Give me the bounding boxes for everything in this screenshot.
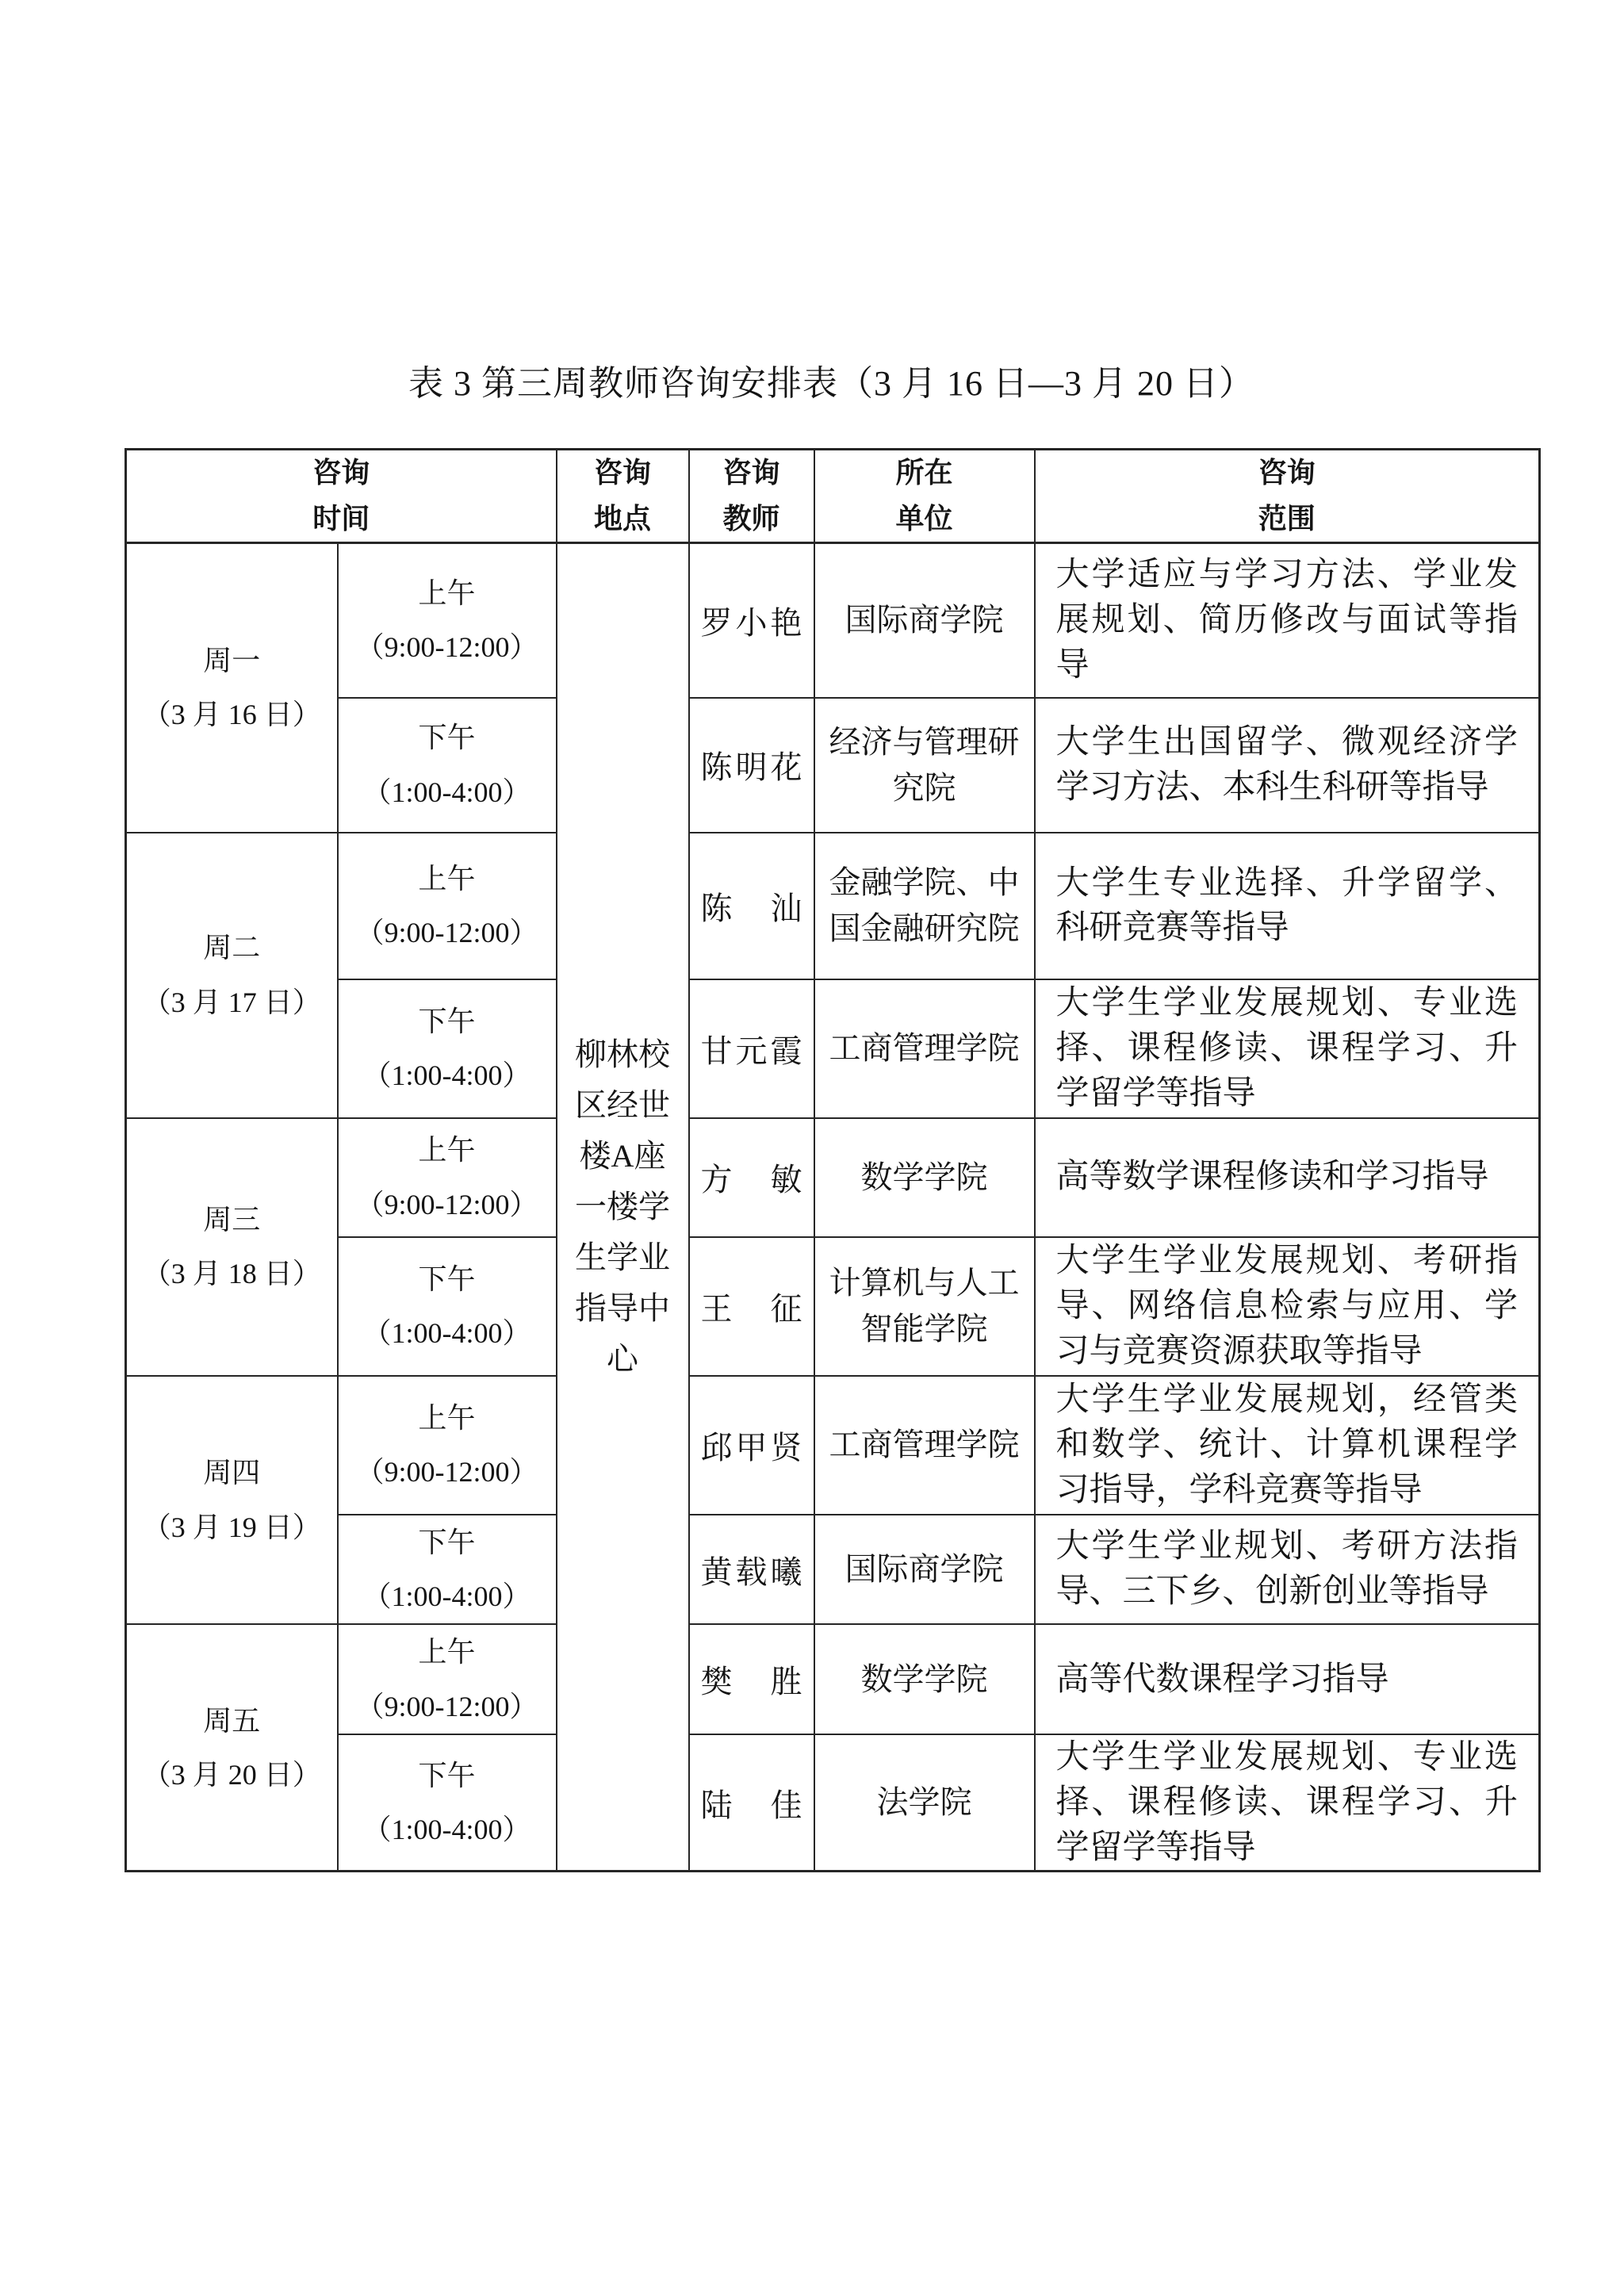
session-cell: 下午 （1:00-4:00）	[338, 1734, 557, 1872]
session-cell: 上午 （9:00-12:00）	[338, 543, 557, 698]
session-cell: 上午 （9:00-12:00）	[338, 833, 557, 979]
location-cell: 柳林校区经世楼A座一楼学生学业指导中心	[557, 543, 689, 1872]
unit-cell: 国际商学院	[814, 1515, 1035, 1625]
column-header-location: 咨询 地点	[557, 450, 689, 543]
unit-cell: 法学院	[814, 1734, 1035, 1872]
teacher-cell: 甘元霞	[689, 979, 814, 1118]
table-row: 周二 （3 月 17 日） 上午 （9:00-12:00） 陈 汕 金融学院、中…	[126, 833, 1540, 979]
table-row: 下午 （1:00-4:00） 黄载曦 国际商学院 大学生学业规划、考研方法指导、…	[126, 1515, 1540, 1625]
teacher-cell: 罗小艳	[689, 543, 814, 698]
unit-cell: 经济与管理研究院	[814, 698, 1035, 833]
scope-cell: 大学生学业发展规划、专业选择、课程修读、课程学习、升学留学等指导	[1035, 1734, 1540, 1872]
teacher-cell: 邱甲贤	[689, 1376, 814, 1515]
unit-cell: 数学学院	[814, 1624, 1035, 1734]
day-cell-friday: 周五 （3 月 20 日）	[126, 1624, 338, 1871]
table-row: 周一 （3 月 16 日） 上午 （9:00-12:00） 柳林校区经世楼A座一…	[126, 543, 1540, 698]
table-header-row: 咨询 时间 咨询 地点 咨询 教师 所在 单位 咨询 范围	[126, 450, 1540, 543]
table-row: 下午 （1:00-4:00） 陈明花 经济与管理研究院 大学生出国留学、微观经济…	[126, 698, 1540, 833]
scope-cell: 大学生出国留学、微观经济学学习方法、本科生科研等指导	[1035, 698, 1540, 833]
unit-cell: 金融学院、中国金融研究院	[814, 833, 1035, 979]
day-cell-thursday: 周四 （3 月 19 日）	[126, 1376, 338, 1625]
teacher-cell: 陈 汕	[689, 833, 814, 979]
unit-cell: 数学学院	[814, 1118, 1035, 1237]
scope-cell: 大学生学业规划、考研方法指导、三下乡、创新创业等指导	[1035, 1515, 1540, 1625]
unit-cell: 国际商学院	[814, 543, 1035, 698]
teacher-cell: 樊 胜	[689, 1624, 814, 1734]
teacher-cell: 方 敏	[689, 1118, 814, 1237]
column-header-scope: 咨询 范围	[1035, 450, 1540, 543]
session-cell: 上午 （9:00-12:00）	[338, 1118, 557, 1237]
table-row: 下午 （1:00-4:00） 王 征 计算机与人工智能学院 大学生学业发展规划、…	[126, 1237, 1540, 1376]
session-cell: 下午 （1:00-4:00）	[338, 979, 557, 1118]
scope-cell: 高等数学课程修读和学习指导	[1035, 1118, 1540, 1237]
day-cell-tuesday: 周二 （3 月 17 日）	[126, 833, 338, 1118]
scope-cell: 大学生学业发展规划、考研指导、网络信息检索与应用、学习与竞赛资源获取等指导	[1035, 1237, 1540, 1376]
session-cell: 上午 （9:00-12:00）	[338, 1624, 557, 1734]
consultation-schedule-table: 咨询 时间 咨询 地点 咨询 教师 所在 单位 咨询 范围 周一 （3 月 16…	[124, 448, 1541, 1872]
session-cell: 下午 （1:00-4:00）	[338, 1515, 557, 1625]
teacher-cell: 陈明花	[689, 698, 814, 833]
table-row: 下午 （1:00-4:00） 甘元霞 工商管理学院 大学生学业发展规划、专业选择…	[126, 979, 1540, 1118]
document-page: 表 3 第三周教师咨询安排表（3 月 16 日—3 月 20 日） 咨询 时间 …	[0, 0, 1624, 2295]
table-row: 周五 （3 月 20 日） 上午 （9:00-12:00） 樊 胜 数学学院 高…	[126, 1624, 1540, 1734]
column-header-unit: 所在 单位	[814, 450, 1035, 543]
scope-cell: 大学生学业发展规划，经管类和数学、统计、计算机课程学习指导，学科竞赛等指导	[1035, 1376, 1540, 1515]
day-cell-monday: 周一 （3 月 16 日）	[126, 543, 338, 833]
scope-cell: 大学适应与学习方法、学业发展规划、简历修改与面试等指导	[1035, 543, 1540, 698]
unit-cell: 工商管理学院	[814, 979, 1035, 1118]
table-row: 周三 （3 月 18 日） 上午 （9:00-12:00） 方 敏 数学学院 高…	[126, 1118, 1540, 1237]
unit-cell: 工商管理学院	[814, 1376, 1035, 1515]
teacher-cell: 王 征	[689, 1237, 814, 1376]
session-cell: 下午 （1:00-4:00）	[338, 1237, 557, 1376]
day-cell-wednesday: 周三 （3 月 18 日）	[126, 1118, 338, 1376]
table-row: 下午 （1:00-4:00） 陆 佳 法学院 大学生学业发展规划、专业选择、课程…	[126, 1734, 1540, 1872]
unit-cell: 计算机与人工智能学院	[814, 1237, 1035, 1376]
session-cell: 下午 （1:00-4:00）	[338, 698, 557, 833]
scope-cell: 大学生专业选择、升学留学、科研竞赛等指导	[1035, 833, 1540, 979]
column-header-time: 咨询 时间	[126, 450, 557, 543]
table-row: 周四 （3 月 19 日） 上午 （9:00-12:00） 邱甲贤 工商管理学院…	[126, 1376, 1540, 1515]
scope-cell: 高等代数课程学习指导	[1035, 1624, 1540, 1734]
column-header-teacher: 咨询 教师	[689, 450, 814, 543]
page-title: 表 3 第三周教师咨询安排表（3 月 16 日—3 月 20 日）	[124, 363, 1538, 405]
teacher-cell: 陆 佳	[689, 1734, 814, 1872]
session-cell: 上午 （9:00-12:00）	[338, 1376, 557, 1515]
teacher-cell: 黄载曦	[689, 1515, 814, 1625]
scope-cell: 大学生学业发展规划、专业选择、课程修读、课程学习、升学留学等指导	[1035, 979, 1540, 1118]
